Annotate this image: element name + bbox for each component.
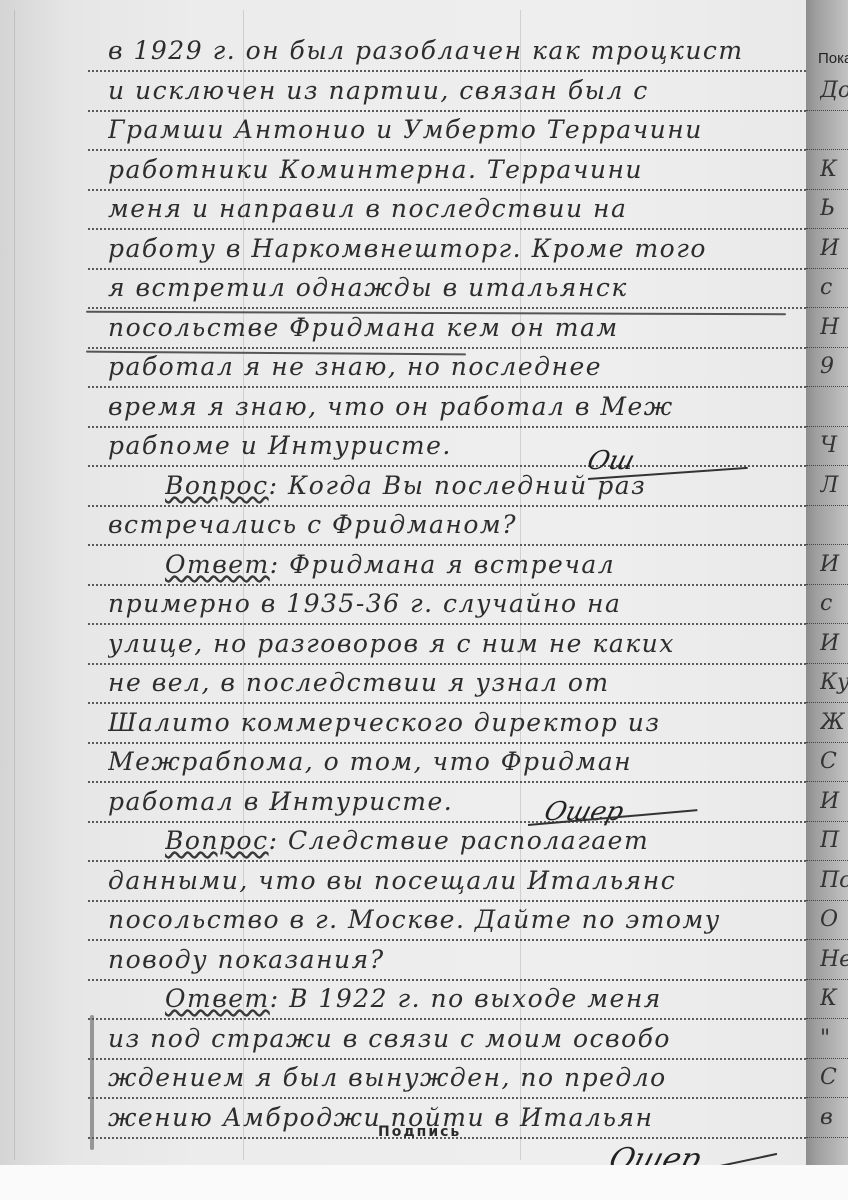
line-content: : Фридмана я встречал <box>270 550 615 579</box>
adjacent-ruled-line <box>806 189 848 190</box>
section-label: Вопрос <box>165 826 269 855</box>
handwritten-line: работники Коминтерна. Террачини <box>108 151 808 189</box>
handwritten-line: из под стражи в связи с моим освобо <box>108 1020 808 1058</box>
signature-bottom: Ошер <box>605 1142 704 1177</box>
handwritten-line: улице, но разговоров я с ним не каких <box>108 625 808 663</box>
handwritten-line: работу в Наркомвнешторг. Кроме того <box>108 230 808 268</box>
adjacent-line-fragment: И <box>820 631 848 656</box>
adjacent-line-fragment: с <box>820 275 848 300</box>
adjacent-line-fragment: " <box>820 1026 848 1051</box>
adjacent-line-fragment: С <box>820 1065 848 1090</box>
adjacent-line-fragment: И <box>820 789 848 814</box>
handwritten-line: рабпоме и Интуристе. <box>108 427 808 465</box>
adjacent-ruled-line <box>806 1097 848 1098</box>
adjacent-ruled-line <box>806 623 848 624</box>
adjacent-line-fragment: С <box>820 749 848 774</box>
adjacent-ruled-line <box>806 544 848 545</box>
adjacent-ruled-line <box>806 781 848 782</box>
handwritten-line: я встретил однажды в итальянск <box>108 269 808 307</box>
section-label: Ответ <box>165 550 270 579</box>
adjacent-ruled-line <box>806 426 848 427</box>
handwritten-line: Ответ: Фридмана я встречал <box>165 546 805 584</box>
handwritten-line: ждением я был вынужден, по предло <box>108 1059 808 1097</box>
adjacent-ruled-line <box>806 1018 848 1019</box>
document-page: в 1929 г. он был разоблачен как троцкист… <box>0 0 806 1200</box>
adjacent-line-fragment: П <box>820 828 848 853</box>
adjacent-ruled-line <box>806 149 848 150</box>
handwritten-line: встречались с Фридманом? <box>108 506 808 544</box>
handwritten-line: Шалито коммерческого директор из <box>108 704 808 742</box>
adjacent-ruled-line <box>806 465 848 466</box>
handwritten-line: не вел, в последствии я узнал от <box>108 664 808 702</box>
adjacent-ruled-line <box>806 386 848 387</box>
signature-label: Подпись <box>378 1124 461 1140</box>
adjacent-line-fragment: К <box>820 986 848 1011</box>
handwritten-line: Вопрос: Следствие располагает <box>165 822 805 860</box>
adjacent-ruled-line <box>806 1058 848 1059</box>
handwritten-line: Межрабпома, о том, что Фридман <box>108 743 808 781</box>
adjacent-ruled-line <box>806 307 848 308</box>
adjacent-ruled-line <box>806 939 848 940</box>
adjacent-line-fragment: Л <box>820 473 848 498</box>
adjacent-ruled-line <box>806 268 848 269</box>
handwritten-line: в 1929 г. он был разоблачен как троцкист <box>108 32 808 70</box>
adjacent-line-fragment: До <box>820 78 848 103</box>
adjacent-ruled-line <box>806 347 848 348</box>
handwritten-line: и исключен из партии, связан был с <box>108 72 808 110</box>
adjacent-ruled-line <box>806 821 848 822</box>
margin-mark <box>90 1015 94 1150</box>
page-edge-line <box>14 10 15 1160</box>
handwritten-line: данными, что вы посещали Итальянс <box>108 862 808 900</box>
adjacent-ruled-line <box>806 860 848 861</box>
handwritten-line: работал в Интуристе. <box>108 783 808 821</box>
handwritten-line: Ответ: В 1922 г. по выходе меня <box>165 980 805 1018</box>
adjacent-line-fragment: Ку <box>820 670 848 695</box>
adjacent-ruled-line <box>806 228 848 229</box>
handwritten-line: посольство в г. Москве. Дайте по этому <box>108 901 808 939</box>
handwritten-line: время я знаю, что он работал в Меж <box>108 388 808 426</box>
adjacent-ruled-line <box>806 742 848 743</box>
adjacent-line-fragment: в <box>820 1105 848 1130</box>
adjacent-line-fragment: И <box>820 552 848 577</box>
adjacent-page-strip: Пока ДоКЬИсН9ЧЛИсИКуЖСИППсОНеК"Св <box>806 0 848 1200</box>
adjacent-line-fragment: Ч <box>820 433 848 458</box>
adjacent-ruled-line <box>806 663 848 664</box>
adjacent-line-fragment: Ж <box>820 710 848 735</box>
handwritten-line: Грамши Антонио и Умберто Террачини <box>108 111 808 149</box>
adjacent-line-fragment: Пс <box>820 868 848 893</box>
adjacent-page-header: Пока <box>818 50 848 67</box>
handwritten-line: Вопрос: Когда Вы последний раз <box>165 467 805 505</box>
adjacent-line-fragment: О <box>820 907 848 932</box>
adjacent-ruled-line <box>806 702 848 703</box>
adjacent-ruled-line <box>806 110 848 111</box>
adjacent-ruled-line <box>806 584 848 585</box>
adjacent-line-fragment: 9 <box>820 354 848 379</box>
adjacent-line-fragment: К <box>820 157 848 182</box>
adjacent-line-fragment: с <box>820 591 848 616</box>
signature-initials: Ош <box>584 446 638 476</box>
adjacent-line-fragment: Ь <box>820 196 848 221</box>
section-label: Ответ <box>165 984 270 1013</box>
handwritten-line: меня и направил в последствии на <box>108 190 808 228</box>
line-content: : В 1922 г. по выходе меня <box>270 984 662 1013</box>
section-label: Вопрос <box>165 471 269 500</box>
adjacent-ruled-line <box>806 1137 848 1138</box>
line-content: : Следствие располагает <box>269 826 650 855</box>
adjacent-line-fragment: И <box>820 236 848 261</box>
adjacent-line-fragment: Н <box>820 315 848 340</box>
handwritten-line: поводу показания? <box>108 941 808 979</box>
adjacent-line-fragment: Не <box>820 947 848 972</box>
adjacent-ruled-line <box>806 900 848 901</box>
adjacent-ruled-line <box>806 979 848 980</box>
adjacent-ruled-line <box>806 505 848 506</box>
handwritten-line: примерно в 1935-36 г. случайно на <box>108 585 808 623</box>
